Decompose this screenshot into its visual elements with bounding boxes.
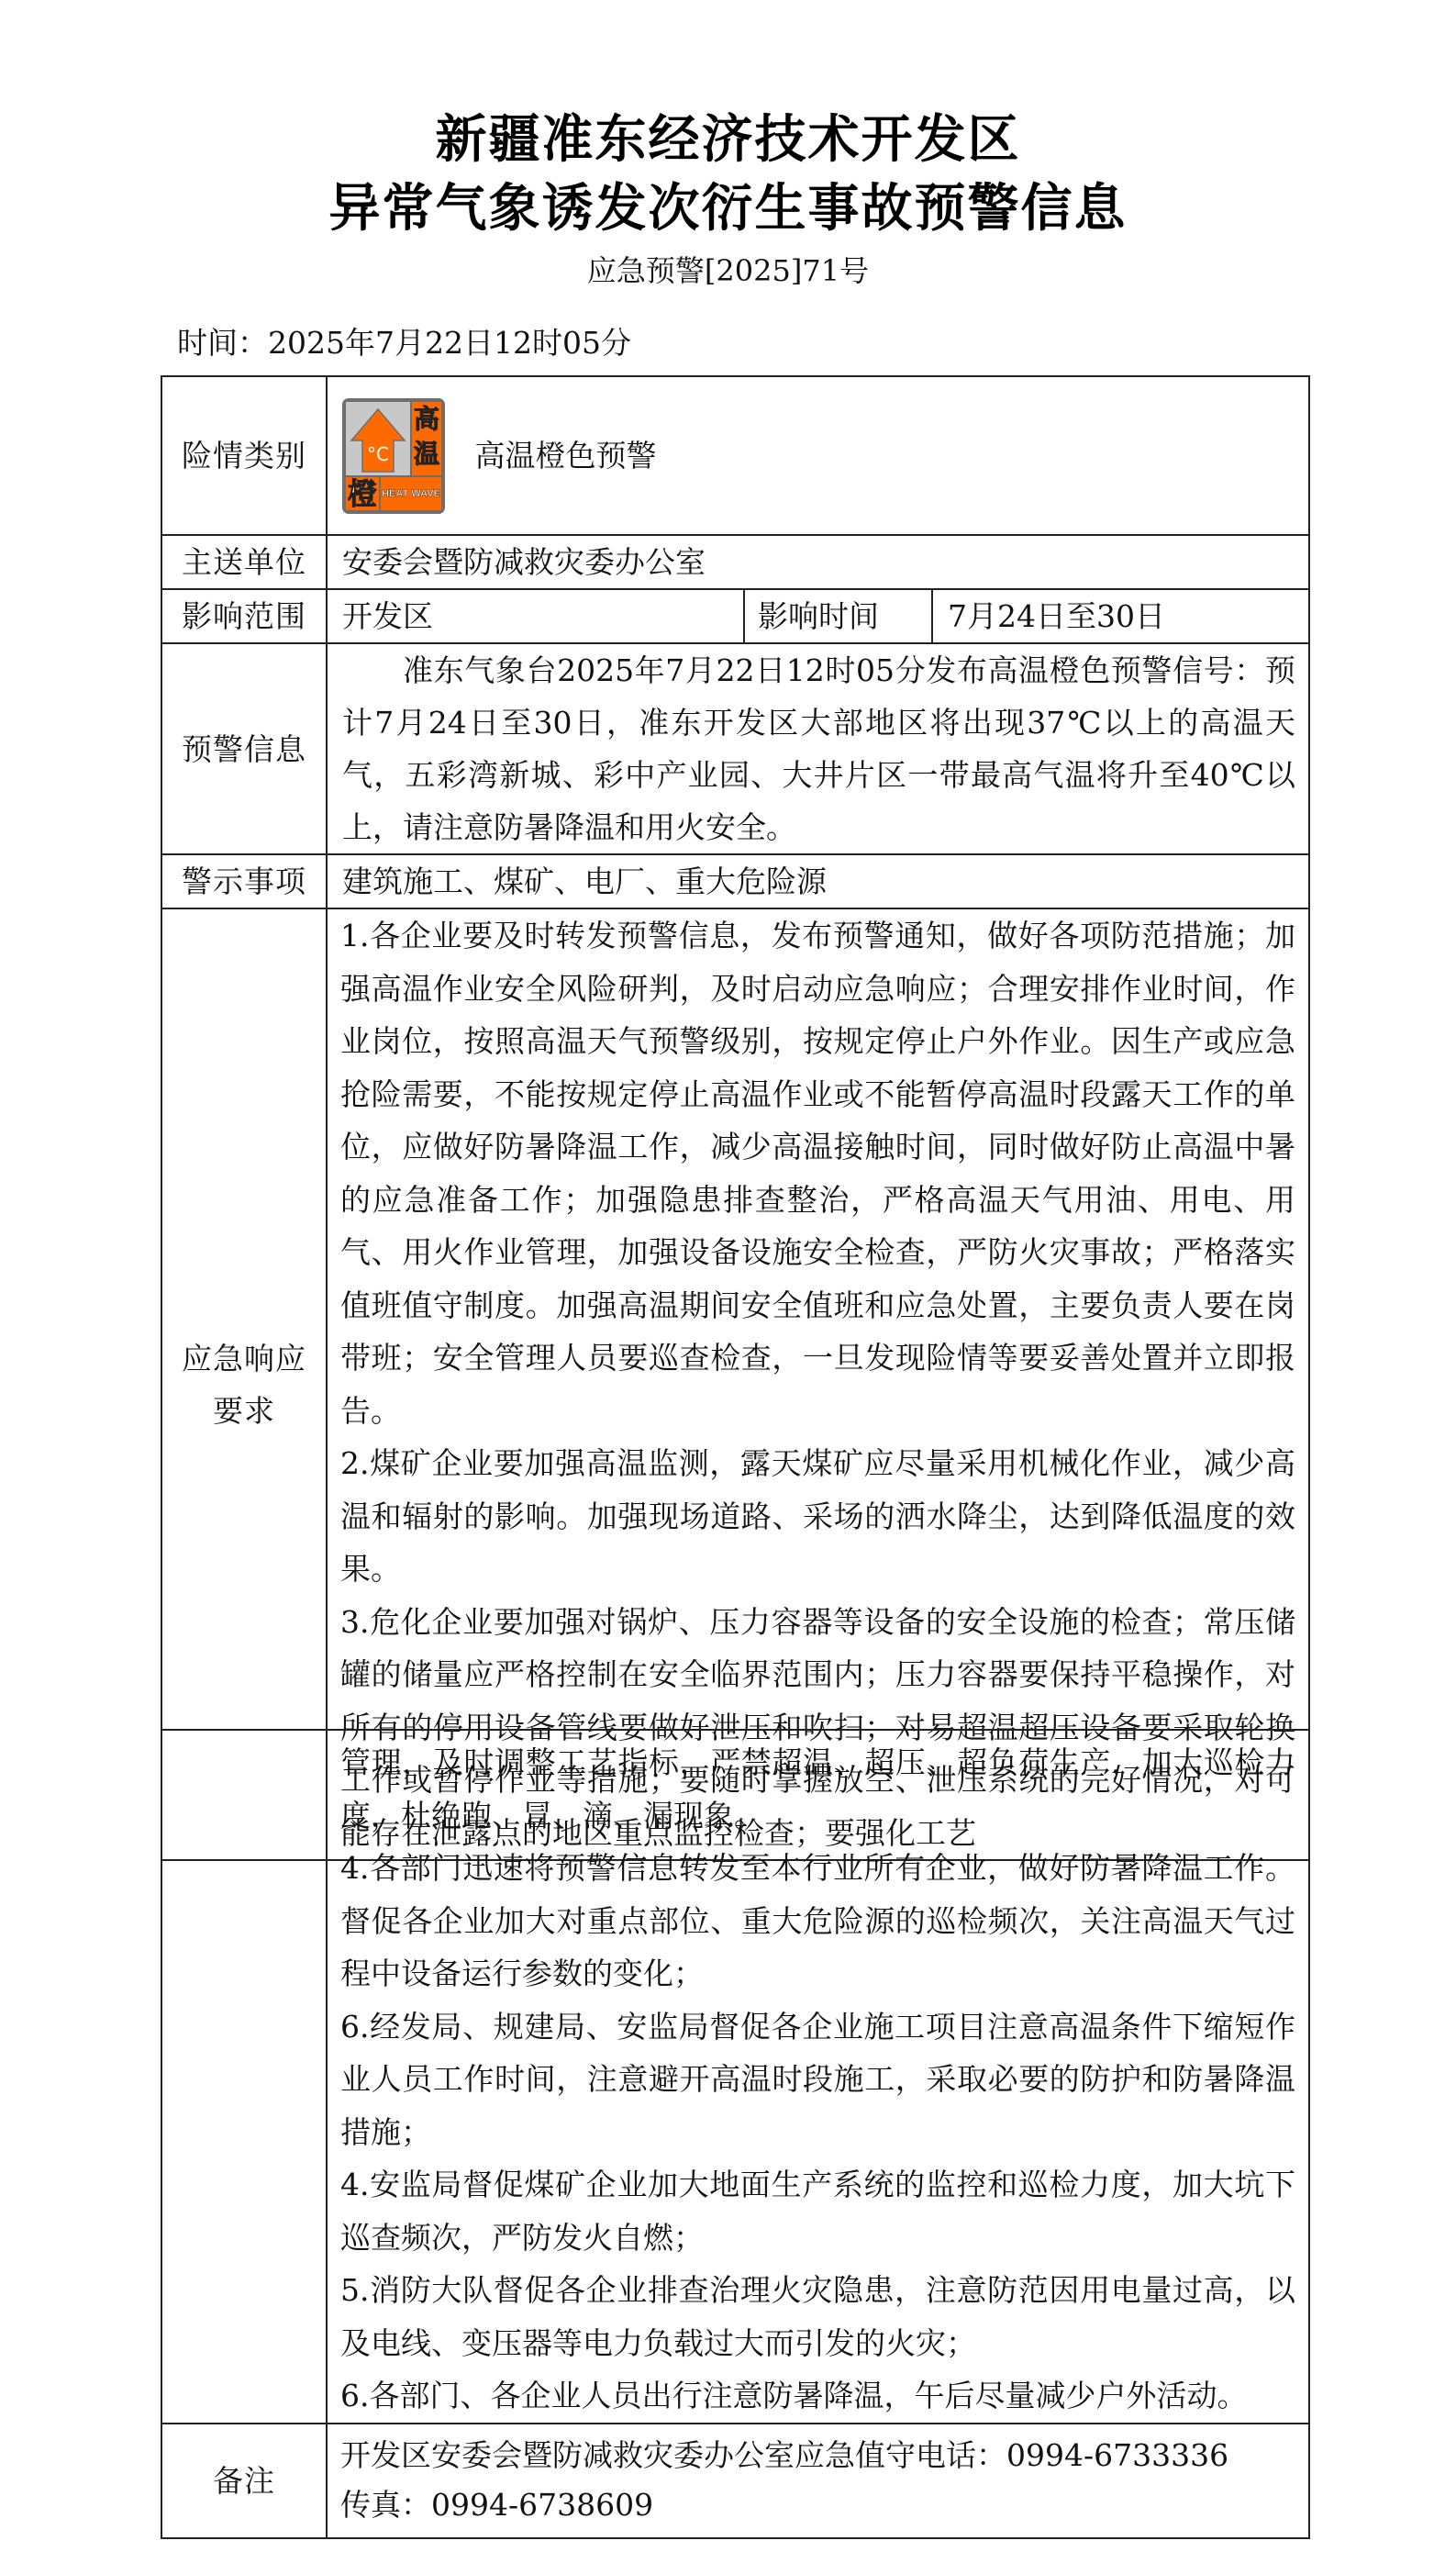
label-response: 应急响应 要求 bbox=[161, 908, 327, 1860]
warning-info-text: 准东气象台2025年7月22日12时05分发布高温橙色预警信号：预计7月24日至… bbox=[342, 644, 1295, 853]
label-sender: 主送单位 bbox=[161, 535, 327, 589]
row-response-continued: 管理，及时调整工艺指标，严禁超温、超压、超负荷生产，加大巡检力度，杜绝跑、冒、滴… bbox=[161, 1730, 1309, 2424]
house-thermometer-icon: °C bbox=[350, 407, 406, 474]
label-response-continued bbox=[161, 1730, 327, 2424]
value-impact-time: 7月24日至30日 bbox=[932, 589, 1309, 643]
row-remarks: 备注 开发区安委会暨防减救灾委办公室应急值守电话：0994-6733336 传真… bbox=[161, 2424, 1309, 2538]
response-item-1: 1.各企业要及时转发预警信息，发布预警通知，做好各项防范措施；加强高温作业安全风… bbox=[340, 909, 1295, 1437]
response-item-6a: 6.经发局、规建局、安监局督促各企业施工项目注意高温条件下缩短作业人员工作时间，… bbox=[340, 2000, 1295, 2159]
warning-table-page1: 险情类别 °C 高温 橙 HEAT WAVE 高温橙色预警 主送单位 安委会暨防… bbox=[161, 375, 1310, 1861]
response-item-5: 5.消防大队督促各企业排查治理火灾隐患，注意防范因用电量过高，以及电线、变压器等… bbox=[340, 2264, 1295, 2369]
label-scope: 影响范围 bbox=[161, 589, 327, 643]
badge-english-label: HEAT WAVE bbox=[381, 477, 441, 510]
warning-table-page2: 管理，及时调整工艺指标，严禁超温、超压、超负荷生产，加大巡检力度，杜绝跑、冒、滴… bbox=[161, 1729, 1310, 2539]
label-impact-time: 影响时间 bbox=[744, 589, 932, 643]
row-category: 险情类别 °C 高温 橙 HEAT WAVE 高温橙色预警 bbox=[161, 376, 1309, 535]
label-category: 险情类别 bbox=[161, 376, 327, 535]
response-item-4b: 4.安监局督促煤矿企业加大地面生产系统的监控和巡检力度，加大坑下巡查频次，严防发… bbox=[340, 2158, 1295, 2264]
badge-char-orange: 橙 bbox=[346, 477, 379, 510]
badge-char-high-temp: 高温 bbox=[412, 402, 441, 475]
row-response: 应急响应 要求 1.各企业要及时转发预警信息，发布预警通知，做好各项防范措施；加… bbox=[161, 908, 1309, 1860]
response-item-6b: 6.各部门、各企业人员出行注意防暑降温，午后尽量减少户外活动。 bbox=[340, 2369, 1295, 2423]
heat-wave-orange-warning-icon: °C 高温 橙 HEAT WAVE bbox=[342, 398, 445, 514]
issue-time: 时间：2025年7月22日12时05分 bbox=[177, 319, 631, 362]
row-alerts: 警示事项 建筑施工、煤矿、电厂、重大危险源 bbox=[161, 854, 1309, 908]
response-item-2: 2.煤矿企业要加强高温监测，露天煤矿应尽量采用机械化作业，减少高温和辐射的影响。… bbox=[340, 1437, 1295, 1596]
document-number: 应急预警[2025]71号 bbox=[0, 248, 1456, 290]
value-scope: 开发区 bbox=[327, 589, 744, 643]
row-sender: 主送单位 安委会暨防减救灾委办公室 bbox=[161, 535, 1309, 589]
row-scope: 影响范围 开发区 影响时间 7月24日至30日 bbox=[161, 589, 1309, 643]
value-category: °C 高温 橙 HEAT WAVE 高温橙色预警 bbox=[327, 376, 1309, 535]
label-alerts: 警示事项 bbox=[161, 854, 327, 908]
document-title-line1: 新疆准东经济技术开发区 bbox=[0, 99, 1456, 173]
label-remarks: 备注 bbox=[161, 2424, 327, 2538]
value-alerts: 建筑施工、煤矿、电厂、重大危险源 bbox=[327, 854, 1309, 908]
document-title-line2: 异常气象诱发次衍生事故预警信息 bbox=[0, 168, 1456, 241]
response-item-3-cont: 管理，及时调整工艺指标，严禁超温、超压、超负荷生产，加大巡检力度，杜绝跑、冒、滴… bbox=[340, 1736, 1295, 1842]
label-warning-info: 预警信息 bbox=[161, 643, 327, 854]
remarks-phone: 开发区安委会暨防减救灾委办公室应急值守电话：0994-6733336 bbox=[340, 2431, 1308, 2480]
remarks-fax: 传真：0994-6738609 bbox=[340, 2480, 1308, 2530]
response-item-4: 4.各部门迅速将预警信息转发至本行业所有企业，做好防暑降温工作。督促各企业加大对… bbox=[340, 1842, 1295, 2000]
row-warning-info: 预警信息 准东气象台2025年7月22日12时05分发布高温橙色预警信号：预计7… bbox=[161, 643, 1309, 854]
celsius-symbol: °C bbox=[367, 443, 389, 465]
category-text: 高温橙色预警 bbox=[475, 429, 657, 482]
value-sender: 安委会暨防减救灾委办公室 bbox=[327, 535, 1309, 589]
